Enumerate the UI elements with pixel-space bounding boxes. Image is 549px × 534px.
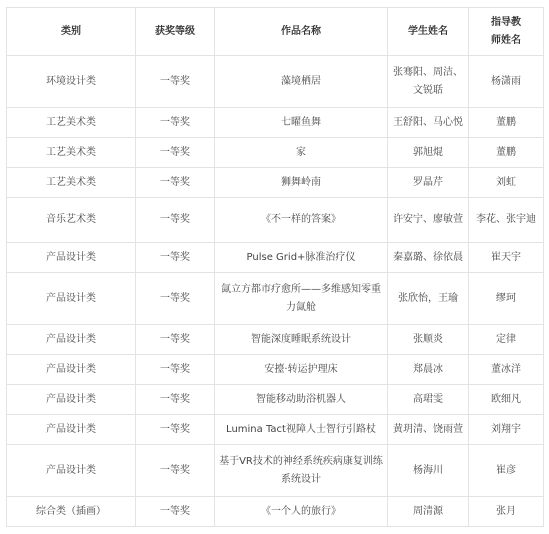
cell-work-title: 《一个人的旅行》 <box>215 497 388 527</box>
table-row: 产品设计类 一等奖 Lumina Tact视障人士智行引路杖 黄玥清、饶雨萱 刘… <box>7 415 544 445</box>
cell-category: 工艺美术类 <box>7 168 136 198</box>
cell-category: 音乐艺术类 <box>7 198 136 243</box>
cell-students: 周清源 <box>388 497 469 527</box>
cell-category: 产品设计类 <box>7 415 136 445</box>
cell-students: 王舒阳、马心悦 <box>388 108 469 138</box>
cell-advisor: 李花、张宇迪 <box>469 198 544 243</box>
cell-award-level: 一等奖 <box>136 385 215 415</box>
cell-award-level: 一等奖 <box>136 273 215 325</box>
cell-category: 产品设计类 <box>7 325 136 355</box>
table-row: 产品设计类 一等奖 智能移动助浴机器人 高珺雯 欧细凡 <box>7 385 544 415</box>
table-header-row: 类别 获奖等级 作品名称 学生姓名 指导教师姓名 <box>7 8 544 56</box>
cell-work-title: 基于VR技术的神经系统疾病康复训练系统设计 <box>215 445 388 497</box>
cell-work-title: Pulse Grid+脉准治疗仪 <box>215 243 388 273</box>
table-row: 综合类（插画） 一等奖 《一个人的旅行》 周清源 张月 <box>7 497 544 527</box>
cell-students: 黄玥清、饶雨萱 <box>388 415 469 445</box>
cell-award-level: 一等奖 <box>136 415 215 445</box>
cell-advisor: 崔天宇 <box>469 243 544 273</box>
cell-work-title: 氤立方都市疗愈所——多维感知零重力氤舱 <box>215 273 388 325</box>
cell-advisor: 刘虹 <box>469 168 544 198</box>
table-row: 产品设计类 一等奖 基于VR技术的神经系统疾病康复训练系统设计 杨海川 崔彦 <box>7 445 544 497</box>
cell-students: 张欣怡，王瑜 <box>388 273 469 325</box>
cell-students: 罗晶芹 <box>388 168 469 198</box>
cell-work-title: 智能深度睡眠系统设计 <box>215 325 388 355</box>
cell-advisor: 崔彦 <box>469 445 544 497</box>
header-award-level: 获奖等级 <box>136 8 215 56</box>
cell-category: 环境设计类 <box>7 56 136 108</box>
cell-category: 综合类（插画） <box>7 497 136 527</box>
cell-students: 郑晨冰 <box>388 355 469 385</box>
cell-category: 产品设计类 <box>7 355 136 385</box>
cell-advisor: 董鹏 <box>469 138 544 168</box>
cell-students: 郭旭焜 <box>388 138 469 168</box>
table-row: 产品设计类 一等奖 智能深度睡眠系统设计 张顺炎 定律 <box>7 325 544 355</box>
cell-category: 产品设计类 <box>7 445 136 497</box>
awards-table: 类别 获奖等级 作品名称 学生姓名 指导教师姓名 环境设计类 一等奖 藻境栖居 … <box>6 7 544 527</box>
table-row: 工艺美术类 一等奖 七曜鱼舞 王舒阳、马心悦 董鹏 <box>7 108 544 138</box>
cell-students: 张骞阳、周洁、文锐聒 <box>388 56 469 108</box>
cell-advisor: 欧细凡 <box>469 385 544 415</box>
cell-advisor: 定律 <box>469 325 544 355</box>
cell-award-level: 一等奖 <box>136 56 215 108</box>
table-row: 工艺美术类 一等奖 狮舞岭南 罗晶芹 刘虹 <box>7 168 544 198</box>
cell-work-title: 智能移动助浴机器人 <box>215 385 388 415</box>
table-row: 音乐艺术类 一等奖 《不一样的答案》 许安宁、廖敏萱 李花、张宇迪 <box>7 198 544 243</box>
cell-students: 杨海川 <box>388 445 469 497</box>
cell-work-title: 《不一样的答案》 <box>215 198 388 243</box>
cell-students: 秦嘉璐、徐依晨 <box>388 243 469 273</box>
cell-students: 高珺雯 <box>388 385 469 415</box>
table-row: 产品设计类 一等奖 氤立方都市疗愈所——多维感知零重力氤舱 张欣怡，王瑜 缪珂 <box>7 273 544 325</box>
cell-advisor: 刘翔宇 <box>469 415 544 445</box>
cell-award-level: 一等奖 <box>136 198 215 243</box>
cell-award-level: 一等奖 <box>136 325 215 355</box>
cell-award-level: 一等奖 <box>136 355 215 385</box>
table-row: 环境设计类 一等奖 藻境栖居 张骞阳、周洁、文锐聒 杨潇雨 <box>7 56 544 108</box>
cell-advisor: 董冰洋 <box>469 355 544 385</box>
cell-work-title: 七曜鱼舞 <box>215 108 388 138</box>
header-advisor: 指导教师姓名 <box>469 8 544 56</box>
cell-category: 工艺美术类 <box>7 108 136 138</box>
cell-category: 产品设计类 <box>7 273 136 325</box>
cell-category: 产品设计类 <box>7 243 136 273</box>
cell-award-level: 一等奖 <box>136 243 215 273</box>
cell-award-level: 一等奖 <box>136 108 215 138</box>
cell-advisor: 杨潇雨 <box>469 56 544 108</box>
cell-advisor: 缪珂 <box>469 273 544 325</box>
table-row: 工艺美术类 一等奖 家 郭旭焜 董鹏 <box>7 138 544 168</box>
header-advisor-label: 指导教师姓名 <box>490 14 522 50</box>
cell-award-level: 一等奖 <box>136 168 215 198</box>
cell-work-title: 狮舞岭南 <box>215 168 388 198</box>
table-row: 产品设计类 一等奖 安擡·转运护理床 郑晨冰 董冰洋 <box>7 355 544 385</box>
cell-students: 张顺炎 <box>388 325 469 355</box>
cell-students: 许安宁、廖敏萱 <box>388 198 469 243</box>
header-category: 类别 <box>7 8 136 56</box>
cell-category: 工艺美术类 <box>7 138 136 168</box>
cell-category: 产品设计类 <box>7 385 136 415</box>
cell-work-title: 藻境栖居 <box>215 56 388 108</box>
table-row: 产品设计类 一等奖 Pulse Grid+脉准治疗仪 秦嘉璐、徐依晨 崔天宇 <box>7 243 544 273</box>
cell-work-title: 安擡·转运护理床 <box>215 355 388 385</box>
cell-award-level: 一等奖 <box>136 138 215 168</box>
cell-advisor: 张月 <box>469 497 544 527</box>
cell-work-title: 家 <box>215 138 388 168</box>
cell-award-level: 一等奖 <box>136 445 215 497</box>
cell-advisor: 董鹏 <box>469 108 544 138</box>
header-students: 学生姓名 <box>388 8 469 56</box>
header-work-title: 作品名称 <box>215 8 388 56</box>
cell-award-level: 一等奖 <box>136 497 215 527</box>
cell-work-title: Lumina Tact视障人士智行引路杖 <box>215 415 388 445</box>
